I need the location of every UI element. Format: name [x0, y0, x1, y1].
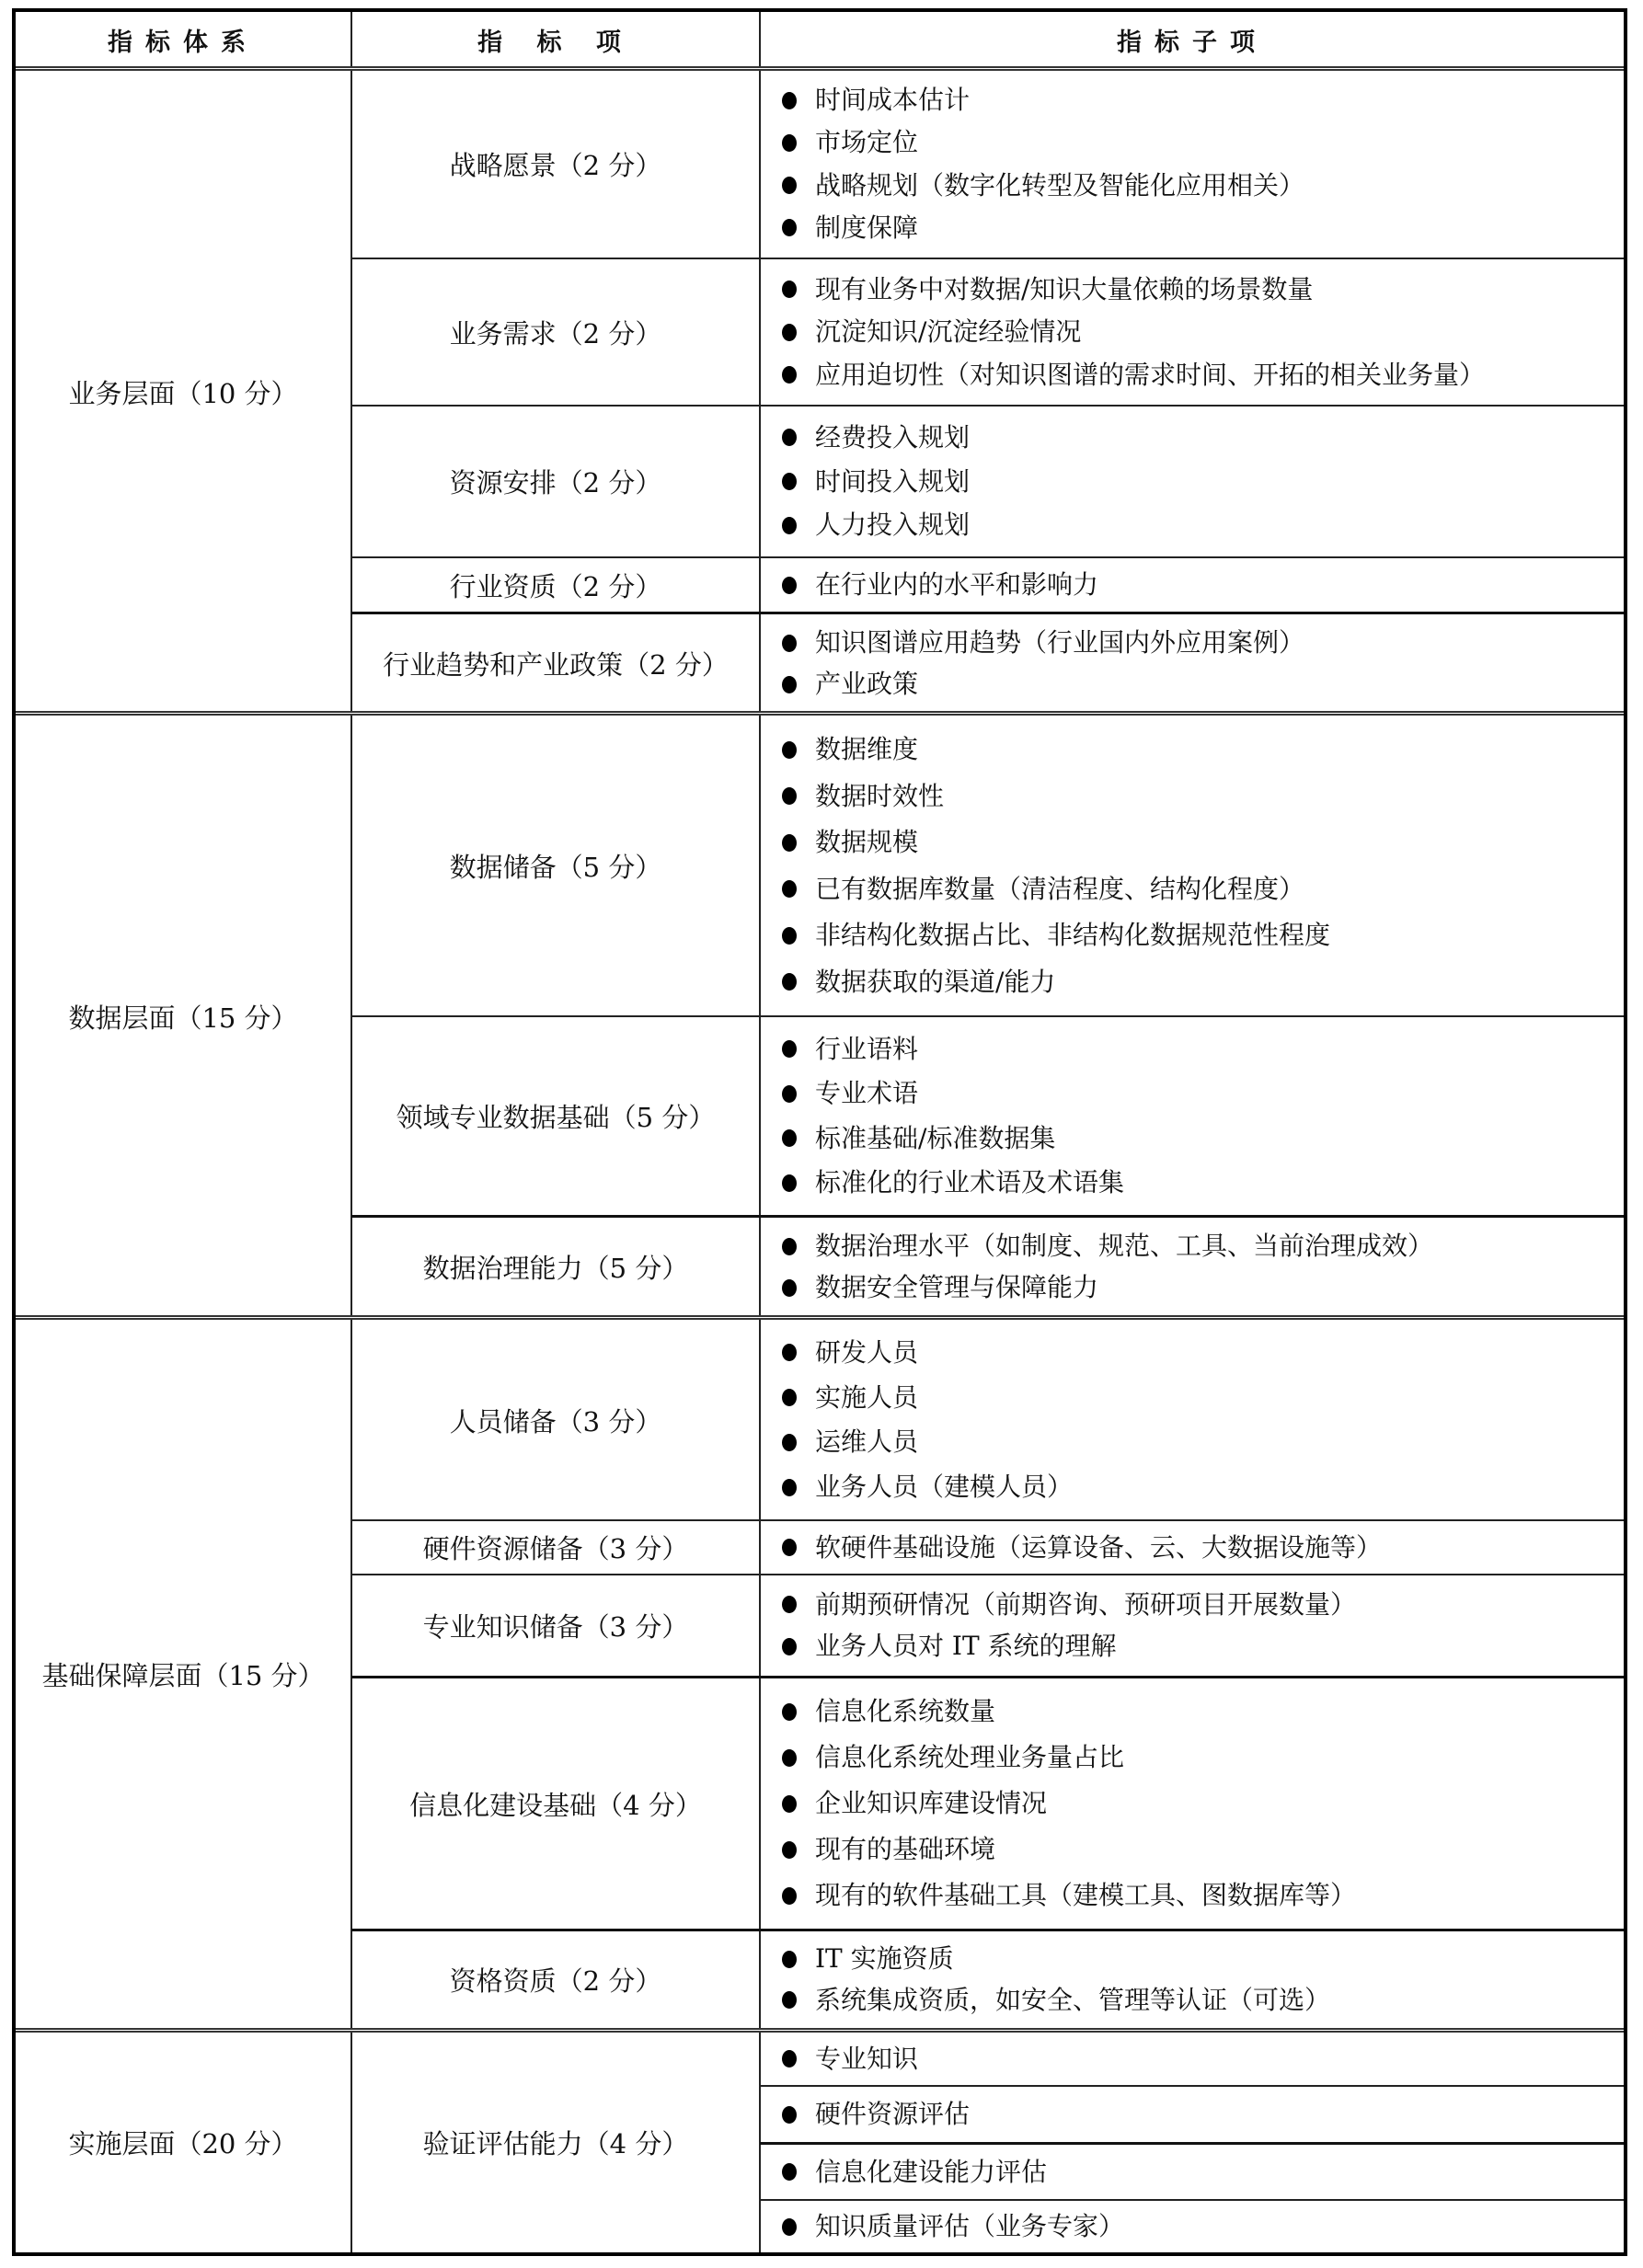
list-item: 实施人员	[782, 1385, 1624, 1411]
bullet-icon	[782, 741, 797, 759]
bullet-icon	[782, 1344, 797, 1361]
subitem-list: 时间成本估计 市场定位 战略规划（数字化转型及智能化应用相关） 制度保障	[761, 71, 1624, 258]
list-item: 专业知识	[782, 2046, 1624, 2072]
bullet-icon	[782, 927, 797, 945]
item-resource-arrangement: 资源安排（2 分）	[352, 407, 759, 556]
bullet-icon	[782, 219, 797, 236]
bullet-icon	[782, 635, 797, 652]
bullet-icon	[782, 2050, 797, 2068]
list-item: 专业术语	[782, 1081, 1624, 1106]
item-personnel-reserve: 人员储备（3 分）	[352, 1321, 759, 1519]
section-business: 业务层面（10 分）	[16, 71, 350, 713]
list-item: 现有的基础环境	[782, 1837, 1624, 1862]
list-item: 硬件资源评估	[782, 2102, 1624, 2127]
bullet-icon	[782, 517, 797, 534]
subitem-list: 知识图谱应用趋势（行业国内外应用案例） 产业政策	[761, 614, 1624, 713]
list-item: 产业政策	[782, 671, 1624, 697]
subitem-list: 在行业内的水平和影响力	[761, 558, 1624, 612]
list-item: 数据时效性	[782, 784, 1624, 809]
bullet-icon	[782, 1539, 797, 1556]
list-item: 应用迫切性（对知识图谱的需求时间、开拓的相关业务量）	[782, 362, 1624, 388]
bullet-icon	[782, 973, 797, 991]
list-item: 时间成本估计	[782, 87, 1624, 113]
bullet-icon	[782, 1951, 797, 1968]
item-business-demand: 业务需求（2 分）	[352, 259, 759, 405]
section-divider	[16, 711, 1624, 716]
bullet-icon	[782, 92, 797, 109]
list-item: 现有业务中对数据/知识大量依赖的场景数量	[782, 277, 1624, 303]
item-data-reserve: 数据储备（5 分）	[352, 716, 759, 1015]
bullet-icon	[782, 134, 797, 152]
list-item: 市场定位	[782, 130, 1624, 155]
item-data-governance: 数据治理能力（5 分）	[352, 1218, 759, 1316]
bullet-icon	[782, 281, 797, 298]
list-item: 业务人员（建模人员）	[782, 1474, 1624, 1500]
bullet-icon	[782, 1596, 797, 1613]
list-item: IT 实施资质	[782, 1946, 1624, 1972]
subitem-list: 行业语料 专业术语 标准基础/标准数据集 标准化的行业术语及术语集	[761, 1017, 1624, 1215]
bullet-icon	[782, 880, 797, 898]
list-item: 系统集成资质，如安全、管理等认证（可选）	[782, 1987, 1624, 2013]
item-hardware-reserve: 硬件资源储备（3 分）	[352, 1521, 759, 1574]
item-industry-qualification: 行业资质（2 分）	[352, 558, 759, 612]
bullet-icon	[782, 429, 797, 446]
section-implementation: 实施层面（20 分）	[16, 2033, 350, 2252]
bullet-icon	[782, 1479, 797, 1496]
item-qualifications: 资格资质（2 分）	[352, 1931, 759, 2028]
subitem-list: 信息化系统数量 信息化系统处理业务量占比 企业知识库建设情况 现有的基础环境 现…	[761, 1678, 1624, 1929]
bullet-icon	[782, 366, 797, 384]
list-item: 经费投入规划	[782, 425, 1624, 451]
header-indicator-system: 指标体系	[16, 12, 350, 67]
bullet-icon	[782, 1795, 797, 1813]
list-item: 时间投入规划	[782, 469, 1624, 495]
bullet-icon	[782, 1129, 797, 1147]
header-indicator-item: 指 标 项	[352, 12, 759, 67]
list-item: 数据维度	[782, 737, 1624, 762]
bullet-icon	[782, 1749, 797, 1767]
list-item: 信息化系统数量	[782, 1699, 1624, 1724]
list-item: 沉淀知识/沉淀经验情况	[782, 319, 1624, 345]
list-item: 前期预研情况（前期咨询、预研项目开展数量）	[782, 1592, 1624, 1618]
list-item: 企业知识库建设情况	[782, 1791, 1624, 1816]
bullet-icon	[782, 1887, 797, 1905]
list-item: 战略规划（数字化转型及智能化应用相关）	[782, 173, 1624, 199]
subitem-list: 经费投入规划 时间投入规划 人力投入规划	[761, 407, 1624, 556]
subitem-list: 前期预研情况（前期咨询、预研项目开展数量） 业务人员对 IT 系统的理解	[761, 1575, 1624, 1676]
subitem-list: 软硬件基础设施（运算设备、云、大数据设施等）	[761, 1521, 1624, 1574]
list-item: 人力投入规划	[782, 512, 1624, 538]
list-item: 业务人员对 IT 系统的理解	[782, 1633, 1624, 1659]
item-knowledge-reserve: 专业知识储备（3 分）	[352, 1575, 759, 1676]
bullet-icon	[782, 1389, 797, 1406]
bullet-icon	[782, 1279, 797, 1297]
section-divider	[16, 1315, 1624, 1320]
list-item: 研发人员	[782, 1340, 1624, 1366]
list-item: 数据安全管理与保障能力	[782, 1275, 1624, 1300]
list-item: 运维人员	[782, 1429, 1624, 1455]
subitem-row: 信息化建设能力评估	[761, 2145, 1624, 2199]
subitem-list: 现有业务中对数据/知识大量依赖的场景数量 沉淀知识/沉淀经验情况 应用迫切性（对…	[761, 259, 1624, 405]
subitem-list: 数据维度 数据时效性 数据规模 已有数据库数量（清洁程度、结构化程度） 非结构化…	[761, 716, 1624, 1015]
list-item: 非结构化数据占比、非结构化数据规范性程度	[782, 922, 1624, 948]
list-item: 数据获取的渠道/能力	[782, 969, 1624, 995]
bullet-icon	[782, 2163, 797, 2181]
bullet-icon	[782, 324, 797, 341]
item-strategic-vision: 战略愿景（2 分）	[352, 71, 759, 258]
bullet-icon	[782, 1238, 797, 1255]
section-data: 数据层面（15 分）	[16, 716, 350, 1316]
list-item: 数据规模	[782, 830, 1624, 855]
bullet-icon	[782, 676, 797, 693]
item-verification-evaluation: 验证评估能力（4 分）	[352, 2033, 759, 2252]
item-industry-trend-policy: 行业趋势和产业政策（2 分）	[352, 614, 759, 713]
list-item: 标准基础/标准数据集	[782, 1126, 1624, 1151]
list-item: 现有的软件基础工具（建模工具、图数据库等）	[782, 1883, 1624, 1908]
subitem-list: IT 实施资质 系统集成资质，如安全、管理等认证（可选）	[761, 1931, 1624, 2028]
list-item: 软硬件基础设施（运算设备、云、大数据设施等）	[782, 1535, 1624, 1561]
bullet-icon	[782, 834, 797, 852]
bullet-icon	[782, 1841, 797, 1859]
list-item: 行业语料	[782, 1037, 1624, 1062]
subitem-row: 知识质量评估（业务专家）	[761, 2201, 1624, 2252]
item-domain-data-foundation: 领域专业数据基础（5 分）	[352, 1017, 759, 1215]
bullet-icon	[782, 577, 797, 594]
bullet-icon	[782, 1040, 797, 1058]
bullet-icon	[782, 1703, 797, 1721]
list-item: 知识质量评估（业务专家）	[782, 2214, 1624, 2239]
bullet-icon	[782, 1085, 797, 1103]
bullet-icon	[782, 1434, 797, 1451]
list-item: 数据治理水平（如制度、规范、工具、当前治理成效）	[782, 1233, 1624, 1259]
bullet-icon	[782, 787, 797, 805]
list-item: 已有数据库数量（清洁程度、结构化程度）	[782, 876, 1624, 902]
bullet-icon	[782, 1174, 797, 1192]
subitem-row: 专业知识	[761, 2033, 1624, 2085]
indicator-table: 指标体系 指 标 项 指标子项 业务层面（10 分） 战略愿景（2 分） 时间成…	[12, 8, 1627, 2256]
list-item: 信息化建设能力评估	[782, 2159, 1624, 2185]
bullet-icon	[782, 2106, 797, 2124]
list-item: 制度保障	[782, 215, 1624, 241]
subitem-row: 硬件资源评估	[761, 2087, 1624, 2142]
item-informatization-foundation: 信息化建设基础（4 分）	[352, 1678, 759, 1929]
bullet-icon	[782, 2218, 797, 2236]
list-item: 知识图谱应用趋势（行业国内外应用案例）	[782, 630, 1624, 656]
bullet-icon	[782, 473, 797, 490]
bullet-icon	[782, 177, 797, 194]
section-infrastructure: 基础保障层面（15 分）	[16, 1321, 350, 2028]
subitem-list: 数据治理水平（如制度、规范、工具、当前治理成效） 数据安全管理与保障能力	[761, 1218, 1624, 1316]
list-item: 在行业内的水平和影响力	[782, 572, 1624, 598]
bullet-icon	[782, 1638, 797, 1655]
bullet-icon	[782, 1991, 797, 2009]
header-indicator-subitem: 指标子项	[761, 12, 1624, 67]
list-item: 信息化系统处理业务量占比	[782, 1745, 1624, 1770]
list-item: 标准化的行业术语及术语集	[782, 1170, 1624, 1196]
subitem-list: 研发人员 实施人员 运维人员 业务人员（建模人员）	[761, 1321, 1624, 1519]
